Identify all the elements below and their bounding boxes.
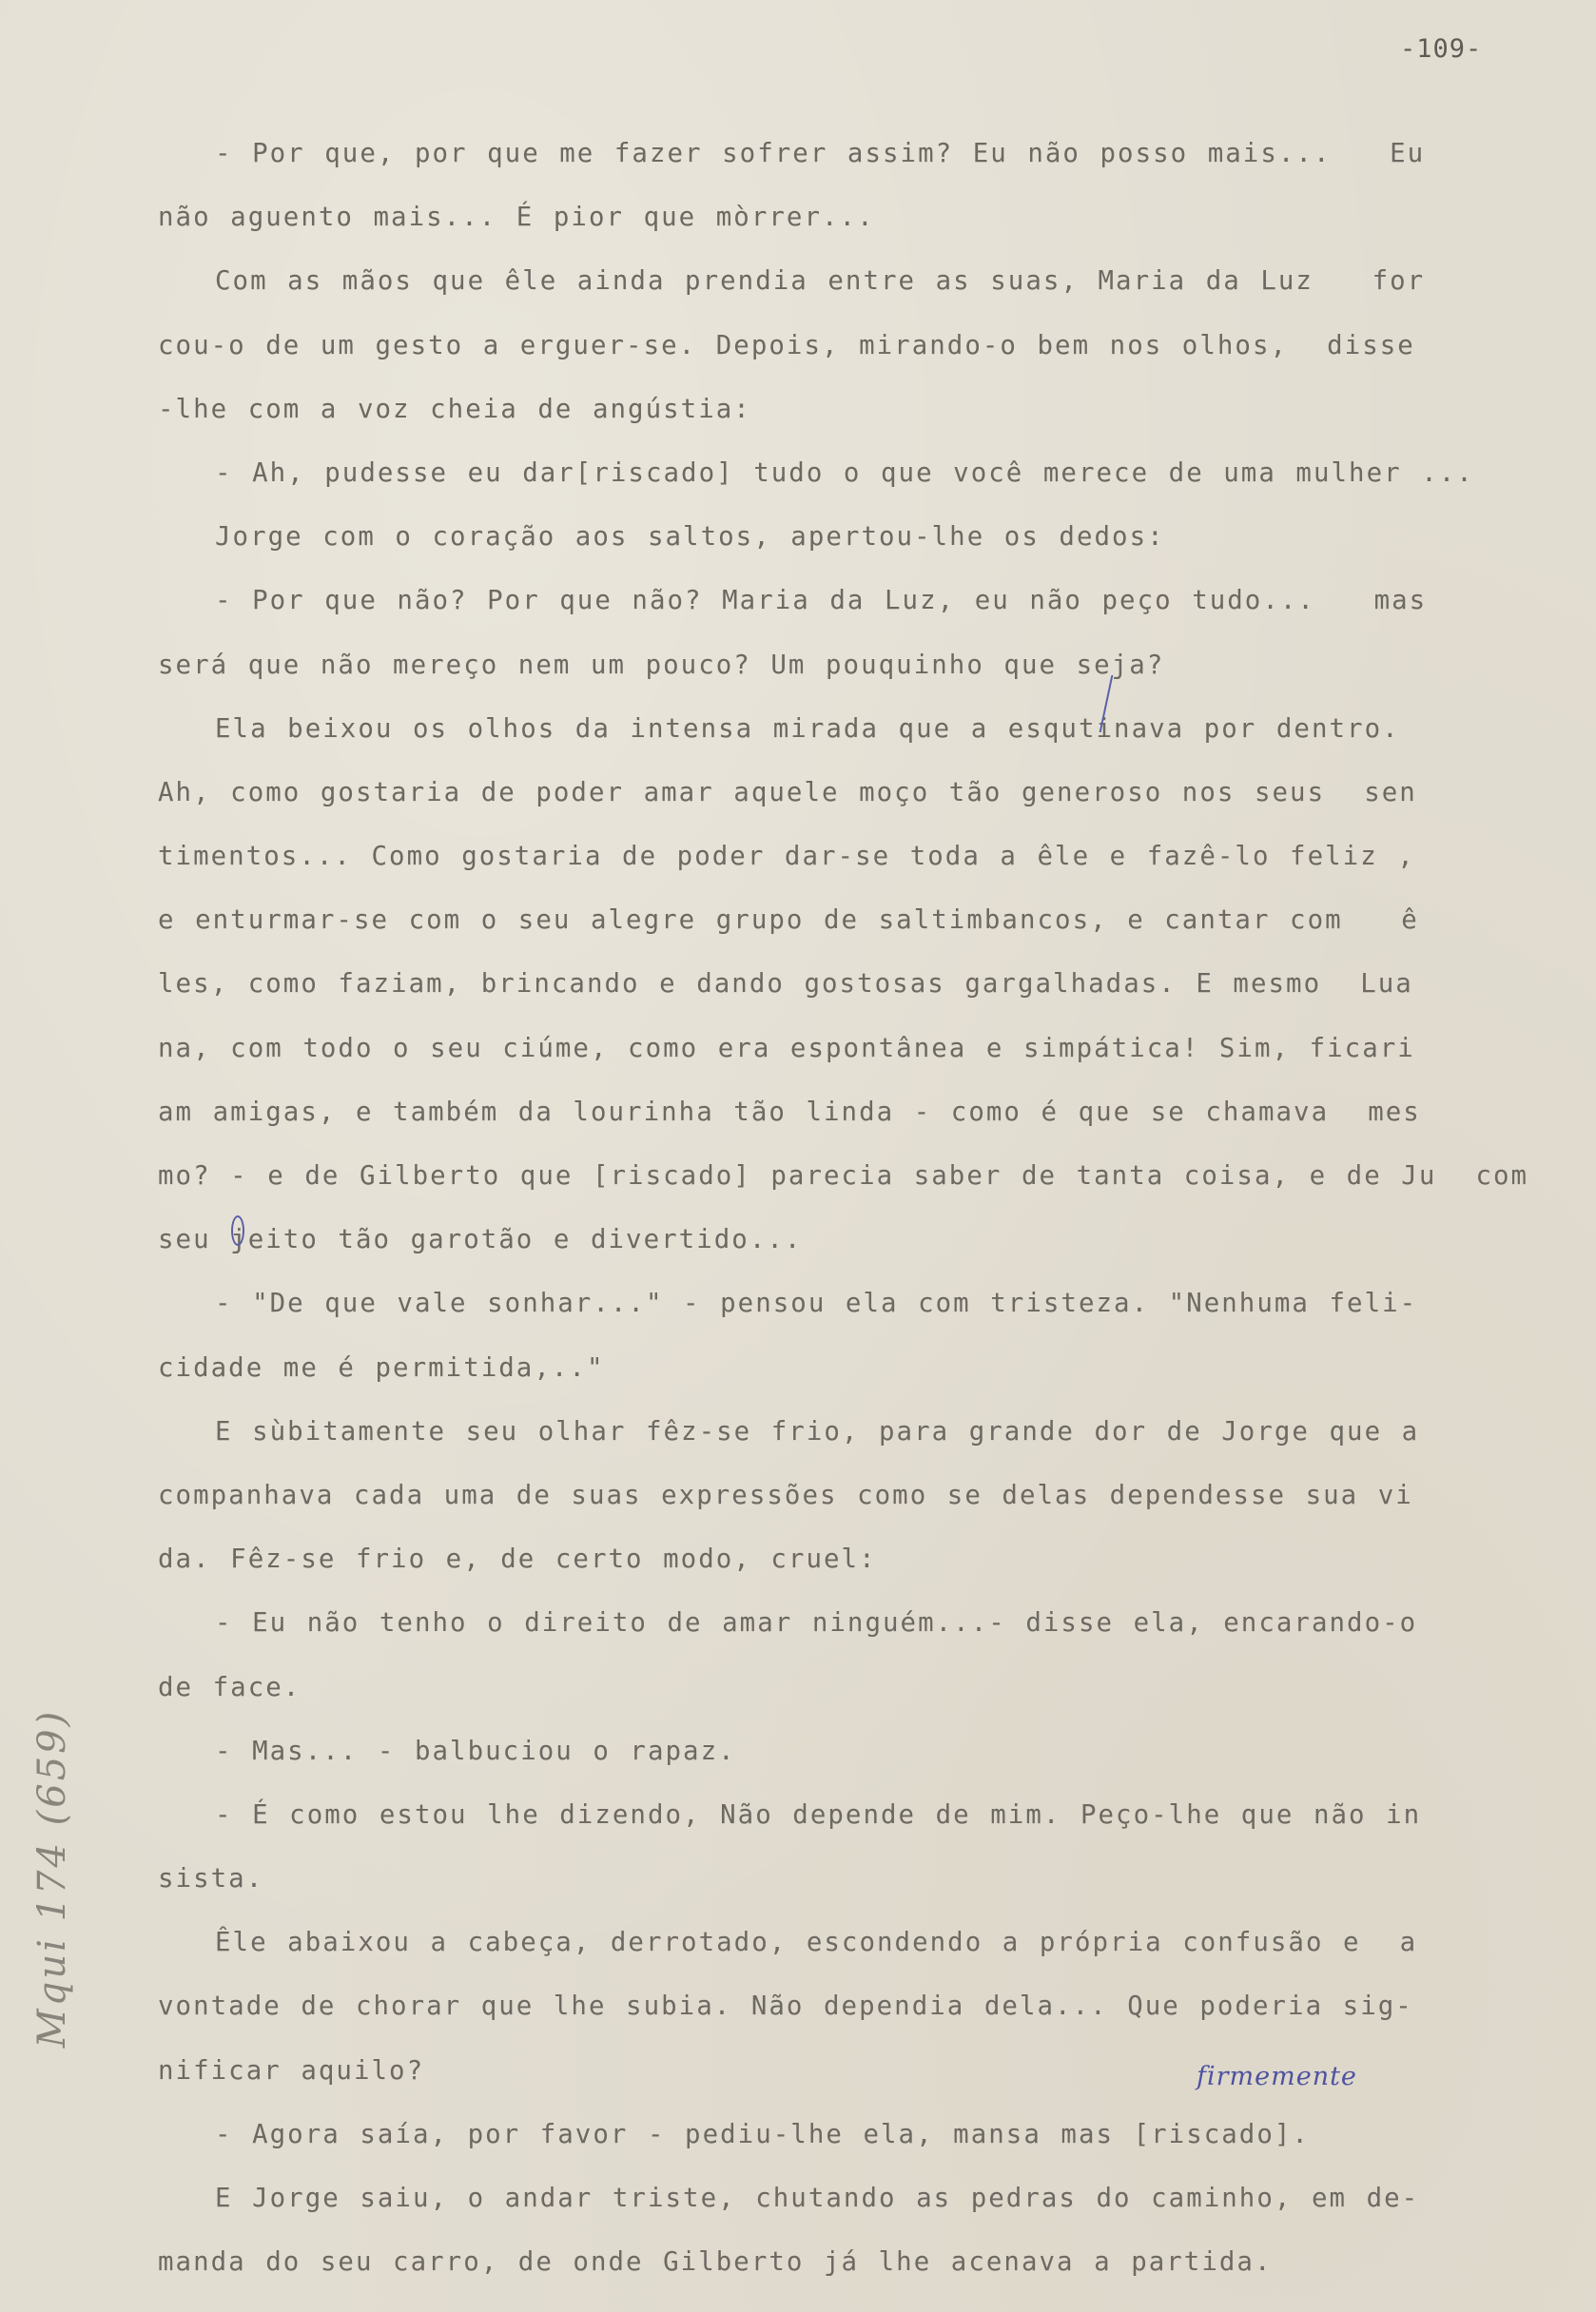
text-line: timentos... Como gostaria de poder dar-s… (158, 825, 1499, 888)
text-line: E sùbitamente seu olhar fêz-se frio, par… (158, 1400, 1499, 1464)
text-line: Jorge com o coração aos saltos, apertou-… (158, 505, 1499, 569)
handwritten-correction: firmemente (1197, 2062, 1357, 2091)
text-line: - Eu não tenho o direito de amar ninguém… (158, 1591, 1499, 1655)
text-line: Com as mãos que êle ainda prendia entre … (158, 249, 1499, 313)
text-line: Ela beixou os olhos da intensa mirada qu… (158, 697, 1499, 761)
text-line: vontade de chorar que lhe subia. Não dep… (158, 1974, 1499, 2038)
text-line: -lhe com a voz cheia de angústia: (158, 378, 1499, 441)
text-line: E Jorge saiu, o andar triste, chutando a… (158, 2166, 1499, 2230)
text-line: cou-o de um gesto a erguer-se. Depois, m… (158, 314, 1499, 378)
text-line: na, com todo o seu ciúme, como era espon… (158, 1017, 1499, 1080)
page-number: -109- (1400, 34, 1482, 64)
handwritten-letter-correction (231, 1215, 244, 1246)
text-line: - Ah, pudesse eu dar[riscado] tudo o que… (158, 441, 1499, 505)
text-line: sista. (158, 1847, 1499, 1911)
text-line: da. Fêz-se frio e, de certo modo, cruel: (158, 1527, 1499, 1591)
text-line: am amigas, e também da lourinha tão lind… (158, 1080, 1499, 1144)
text-line: e enturmar-se com o seu alegre grupo de … (158, 888, 1499, 952)
margin-annotation-text: Mqui 174 (659) (30, 1709, 74, 2048)
text-line: - Mas... - balbuciou o rapaz. (158, 1719, 1499, 1783)
text-line: será que não mereço nem um pouco? Um pou… (158, 633, 1499, 697)
text-line: seu jeito tão garotão e divertido... (158, 1208, 1499, 1272)
text-line: - É como estou lhe dizendo, Não depende … (158, 1783, 1499, 1847)
text-line: cidade me é permitida,.." (158, 1336, 1499, 1400)
text-line: de face. (158, 1656, 1499, 1719)
text-line: Ah, como gostaria de poder amar aquele m… (158, 761, 1499, 825)
text-line: manda do seu carro, de onde Gilberto já … (158, 2230, 1499, 2294)
text-line: Êle abaixou a cabeça, derrotado, esconde… (158, 1911, 1499, 1974)
margin-annotation: Mqui 174 (659) (10, 1669, 95, 2088)
typewritten-page: -109- - Por que, por que me fazer sofrer… (0, 0, 1596, 2312)
text-line: - Por que não? Por que não? Maria da Luz… (158, 569, 1499, 632)
manuscript-body: - Por que, por que me fazer sofrer assim… (158, 122, 1499, 2294)
text-line: - Agora saía, por favor - pediu-lhe ela,… (158, 2103, 1499, 2166)
text-line: les, como faziam, brincando e dando gost… (158, 952, 1499, 1016)
text-line: mo? - e de Gilberto que [riscado] pareci… (158, 1144, 1499, 1208)
text-line: não aguento mais... É pior que mòrrer... (158, 185, 1499, 249)
text-line: - "De que vale sonhar..." - pensou ela c… (158, 1272, 1499, 1335)
text-line: - Por que, por que me fazer sofrer assim… (158, 122, 1499, 185)
text-line: companhava cada uma de suas expressões c… (158, 1464, 1499, 1527)
